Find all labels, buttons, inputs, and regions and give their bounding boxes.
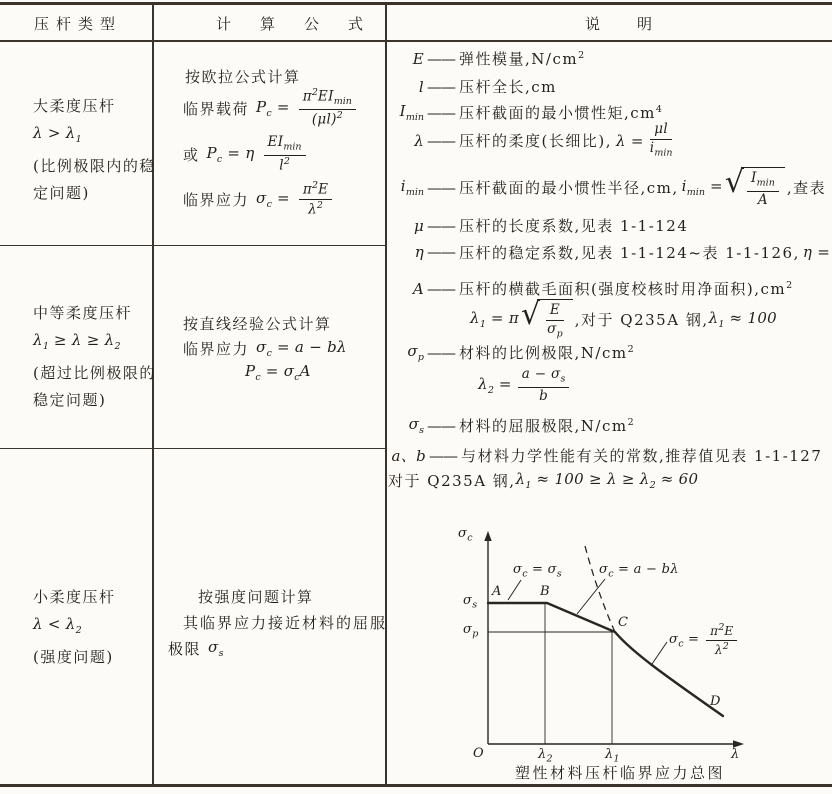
fraction-numerator: E: [546, 303, 564, 321]
symbol-mu: μ: [388, 217, 424, 235]
fraction-denominator: λ2: [711, 641, 733, 658]
type-r1-line2: λ > λ1: [33, 120, 157, 153]
fraction-denominator: imin: [646, 140, 677, 160]
yield-limit-symbol: σs: [208, 638, 223, 659]
critical-load-lhs: Pc =: [256, 98, 290, 119]
row1-row2-separator: [0, 245, 386, 246]
symbol-E: E: [388, 50, 424, 68]
desc-Imin: 压杆截面的最小惯性矩,cm4: [459, 102, 662, 123]
desc-eta: 压杆的稳定系数,见表 1-1-124~表 1-1-126,: [459, 242, 800, 263]
type-r2-line2: λ1 ≥ λ ≥ λ2: [33, 327, 157, 360]
dash: ——: [427, 417, 455, 435]
explain-row-q235-range: 对于 Q235A 钢, λ1 ≈ 100 ≥ λ ≥ λ2 ≈ 60: [388, 470, 698, 491]
alternate-fraction: EImin l2: [264, 135, 306, 174]
symbol-Imin: Imin: [388, 102, 424, 123]
explain-row-mu: μ —— 压杆的长度系数,见表 1-1-124: [388, 215, 688, 236]
critical-stress-lhs: σc =: [256, 189, 290, 210]
fraction-denominator: λ2: [304, 200, 327, 218]
desc-l: 压杆全长,cm: [459, 76, 557, 97]
dash: ——: [427, 78, 455, 96]
empirical-stress-label: 临界应力: [183, 338, 249, 359]
strength-line3: 极限 σs: [168, 638, 223, 659]
euler-eq-lhs: σc =: [669, 632, 699, 650]
lambda-lhs: λ =: [616, 132, 644, 150]
symbol-lambda: λ: [388, 132, 424, 150]
fraction-numerator: π2EImin: [299, 88, 356, 110]
type-r3-line3: (强度问题): [33, 644, 157, 671]
dash: ——: [427, 344, 455, 362]
q235-range-math: λ1 ≈ 100 ≥ λ ≥ λ2 ≈ 60: [516, 470, 699, 491]
empirical-intro: 按直线经验公式计算: [183, 313, 332, 334]
type-cell-medium-slenderness: 中等柔度压杆 λ1 ≥ λ ≥ λ2 (超过比例极限的 稳定问题): [33, 300, 157, 414]
symbol-A: A: [388, 280, 424, 298]
desc-ab: 与材料力学性能有关的常数,推荐值见表 1-1-127: [461, 445, 822, 466]
scanned-table-page: 压杆类型 计算公式 说明 大柔度压杆 λ > λ1 (比例极限内的稳 定问题) …: [0, 0, 832, 794]
explain-row-lambda1-formula: λ1 = π √ E σp ,对于 Q235A 钢, λ1 ≈ 100: [470, 299, 777, 340]
explain-row-eta: η —— 压杆的稳定系数,见表 1-1-124~表 1-1-126, η = (…: [388, 235, 832, 269]
symbol-eta: η: [388, 243, 424, 261]
dash: ——: [427, 50, 455, 68]
type-r3-line2: λ < λ2: [33, 611, 157, 644]
dash: ——: [427, 280, 455, 298]
column2-divider: [385, 2, 387, 785]
table-border-bottom: [0, 784, 832, 787]
desc-imin: 压杆截面的最小惯性半径,cm,: [459, 177, 679, 198]
critical-load-formula: 临界载荷 Pc = π2EImin (μl)2: [183, 88, 358, 128]
type-r3-line1: 小柔度压杆: [33, 584, 157, 611]
desc-E: 弹性模量,N/cm2: [459, 48, 584, 69]
type-r1-line4: 定问题): [33, 180, 157, 207]
dash: ——: [427, 243, 455, 261]
desc-sigma-p: 材料的比例极限,N/cm2: [459, 342, 634, 363]
strength-intro: 按强度问题计算: [198, 586, 314, 607]
fraction-denominator: σp: [543, 321, 567, 341]
row2-row3-separator: [0, 448, 386, 449]
critical-stress-fraction: π2E λ2: [299, 181, 332, 218]
strength-line2: 其临界应力接近材料的屈服: [183, 612, 387, 633]
imin-radical: √ Imin A: [725, 167, 785, 208]
empirical-intro-text: 按直线经验公式计算: [183, 313, 332, 334]
point-D-label: D: [710, 694, 721, 709]
imin-fraction: Imin A: [747, 171, 779, 208]
fraction-numerator: μl: [650, 122, 672, 140]
alternate-load-formula: 或 Pc = η EImin l2: [183, 135, 308, 174]
point-B-label: B: [540, 584, 550, 599]
fraction-numerator: Imin: [747, 171, 779, 192]
explain-row-sigma-s: σs —— 材料的屈服极限,N/cm2: [388, 415, 634, 436]
symbol-imin: imin: [388, 177, 424, 198]
symbol-l: l: [388, 78, 424, 96]
lambda1-radical: √ E σp: [521, 299, 573, 340]
critical-load-label: 临界载荷: [183, 98, 249, 119]
header-formula-column: 计算公式: [216, 13, 392, 34]
alternate-lhs: Pc = η: [207, 144, 255, 165]
critical-stress-diagram: σc λ O σs σp λ2 λ1 A B C D σc = σs σc = …: [455, 520, 820, 765]
dash: ——: [427, 104, 455, 122]
dash: ——: [427, 217, 455, 235]
empirical-load-expr: Pc = σcA: [245, 362, 311, 383]
explain-row-E: E —— 弹性模量,N/cm2: [388, 48, 584, 69]
alternate-label: 或: [183, 144, 200, 165]
desc-A: 压杆的横截毛面积(强度校核时用净面积),cm2: [459, 278, 792, 299]
type-r2-line4: 稳定问题): [33, 387, 157, 414]
diagram-canvas: [455, 520, 820, 765]
critical-load-fraction: π2EImin (μl)2: [299, 88, 356, 128]
lambda-fraction: μl imin: [646, 122, 677, 159]
point-A-label: A: [492, 584, 502, 599]
strength-line3-text: 极限: [168, 638, 201, 659]
fraction-numerator: EImin: [264, 135, 306, 156]
dash: ——: [427, 179, 455, 197]
dash: ——: [429, 447, 457, 465]
empirical-stress-expr: σc = a − bλ: [256, 338, 347, 359]
euler-eq-fraction: π2E λ2: [706, 623, 737, 658]
lambda2-lhs: λ2 =: [478, 375, 512, 396]
euler-intro: 按欧拉公式计算: [185, 66, 301, 87]
radical-sign: √: [725, 170, 744, 196]
empirical-load-formula: Pc = σcA: [245, 362, 311, 383]
fraction-denominator: b: [535, 388, 552, 405]
sigma-p-tick: σp: [463, 622, 478, 640]
explain-row-sigma-p: σp —— 材料的比例极限,N/cm2: [388, 342, 634, 363]
explain-row-A: A —— 压杆的横截毛面积(强度校核时用净面积),cm2: [388, 278, 792, 299]
fraction-numerator: π2E: [299, 181, 332, 200]
symbol-ab: a、b: [388, 445, 426, 466]
strength-line2-text: 其临界应力接近材料的屈服: [183, 612, 387, 633]
lambda1-lhs: λ1 = π: [470, 309, 519, 330]
radical-sign: √: [521, 302, 540, 328]
x-axis-label: λ: [731, 747, 740, 762]
symbol-sigma-s: σs: [388, 415, 424, 436]
desc-mu: 压杆的长度系数,见表 1-1-124: [459, 215, 688, 236]
lambda2-fraction: a − σs b: [518, 367, 570, 404]
explain-row-Imin: Imin —— 压杆截面的最小惯性矩,cm4: [388, 102, 662, 123]
fraction-numerator: π2E: [706, 623, 737, 641]
type-r2-line3: (超过比例极限的: [33, 360, 157, 387]
fraction-denominator: l2: [275, 156, 294, 174]
table-border-top: [0, 2, 832, 5]
q235-range-cjk: 对于 Q235A 钢,: [388, 470, 516, 491]
y-axis-arrow: [484, 531, 491, 541]
explain-row-lambda: λ —— 压杆的柔度(长细比), λ = μl imin: [388, 122, 679, 159]
header-separator-line: [0, 40, 832, 42]
lambda1-fraction: E σp: [543, 303, 567, 340]
type-r2-line1: 中等柔度压杆: [33, 300, 157, 327]
symbol-sigma-p: σp: [388, 342, 424, 363]
empirical-stress-formula: 临界应力 σc = a − bλ: [183, 338, 347, 359]
critical-stress-label: 临界应力: [183, 189, 249, 210]
explain-row-lambda2-formula: λ2 = a − σs b: [478, 367, 571, 404]
type-cell-large-slenderness: 大柔度压杆 λ > λ1 (比例极限内的稳 定问题): [33, 93, 157, 207]
eta-lhs: η =: [803, 243, 830, 261]
imin-lhs: imin =: [682, 177, 723, 198]
critical-stress-formula: 临界应力 σc = π2E λ2: [183, 181, 334, 218]
flat-segment-equation: σc = σs: [513, 562, 562, 580]
sloped-segment-equation: σc = a − bλ: [599, 562, 679, 580]
lambda1-post-cjk: ,对于 Q235A 钢,: [575, 309, 709, 330]
imin-post: ,查表 1-1-92: [787, 177, 832, 198]
euler-curve-equation: σc = π2E λ2: [669, 623, 739, 658]
desc-lambda: 压杆的柔度(长细比),: [459, 130, 612, 151]
fraction-denominator: A: [754, 192, 772, 209]
explain-row-imin: imin —— 压杆截面的最小惯性半径,cm, imin = √ Imin A …: [388, 167, 832, 208]
desc-sigma-s: 材料的屈服极限,N/cm2: [459, 415, 634, 436]
fraction-denominator: (μl)2: [308, 110, 347, 128]
y-axis-label: σc: [458, 526, 473, 544]
type-r1-line1: 大柔度压杆: [33, 93, 157, 120]
origin-label: O: [473, 746, 484, 761]
header-notes-column: 说明: [585, 13, 689, 34]
explain-row-l: l —— 压杆全长,cm: [388, 76, 557, 97]
type-cell-small-slenderness: 小柔度压杆 λ < λ2 (强度问题): [33, 584, 157, 671]
type-r1-line3: (比例极限内的稳: [33, 153, 157, 180]
diagram-caption: 塑性材料压杆临界应力总图: [435, 762, 805, 783]
header-type-column: 压杆类型: [34, 13, 122, 34]
euler-intro-text: 按欧拉公式计算: [185, 66, 301, 87]
fraction-numerator: a − σs: [518, 367, 570, 388]
point-C-label: C: [618, 615, 628, 630]
explain-row-ab: a、b —— 与材料力学性能有关的常数,推荐值见表 1-1-127: [388, 445, 822, 466]
dash: ——: [427, 132, 455, 150]
sigma-s-tick: σs: [463, 593, 477, 611]
lambda1-post-math: λ1 ≈ 100: [709, 309, 777, 330]
strength-intro-text: 按强度问题计算: [198, 586, 314, 607]
